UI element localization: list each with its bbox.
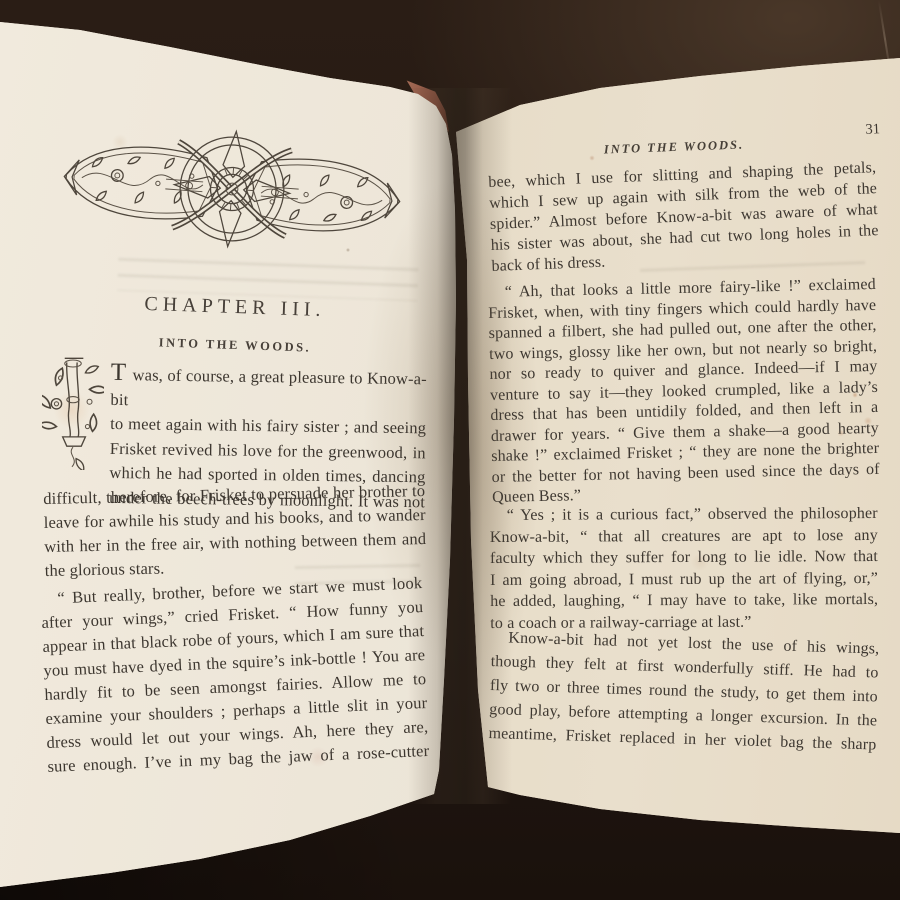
paragraph: bee, which I use for slitting and shapin…: [488, 157, 880, 277]
text-line: “ Yes ; it is a curious fact,” observed …: [490, 503, 878, 527]
drop-cap: T: [111, 359, 129, 386]
text-line: faculty which they suffer for long to li…: [490, 546, 878, 570]
paragraph: “ But really, brother, before we start w…: [40, 571, 430, 779]
running-header: INTO THE WOODS.: [490, 134, 858, 162]
page-number: 31: [840, 121, 881, 139]
text-line: I am going abroad, I must rub up the art…: [490, 567, 878, 591]
text-line: he added, laughing, “ I may have to take…: [490, 589, 878, 613]
chapter-headpiece-illustration: [52, 115, 412, 263]
text-line: Know-a-bit, “ that all creatures are apt…: [490, 524, 878, 548]
first-line-text: was, of course, a great pleasure to Know…: [110, 365, 427, 408]
paragraph: difficult, therefore, for Frisket to per…: [43, 479, 427, 583]
book-photo: CHAPTER III. INTO THE WOODS.: [0, 0, 900, 900]
gutter-shadow: [408, 88, 512, 804]
paragraph: “ Yes ; it is a curious fact,” observed …: [490, 503, 879, 634]
paragraph: “ Ah, that looks a little more fairy-lik…: [488, 275, 881, 509]
drop-cap-line: T was, of course, a great pleasure to Kn…: [44, 362, 427, 416]
paragraph: Know-a-bit had not yet lost the use of h…: [488, 626, 879, 757]
